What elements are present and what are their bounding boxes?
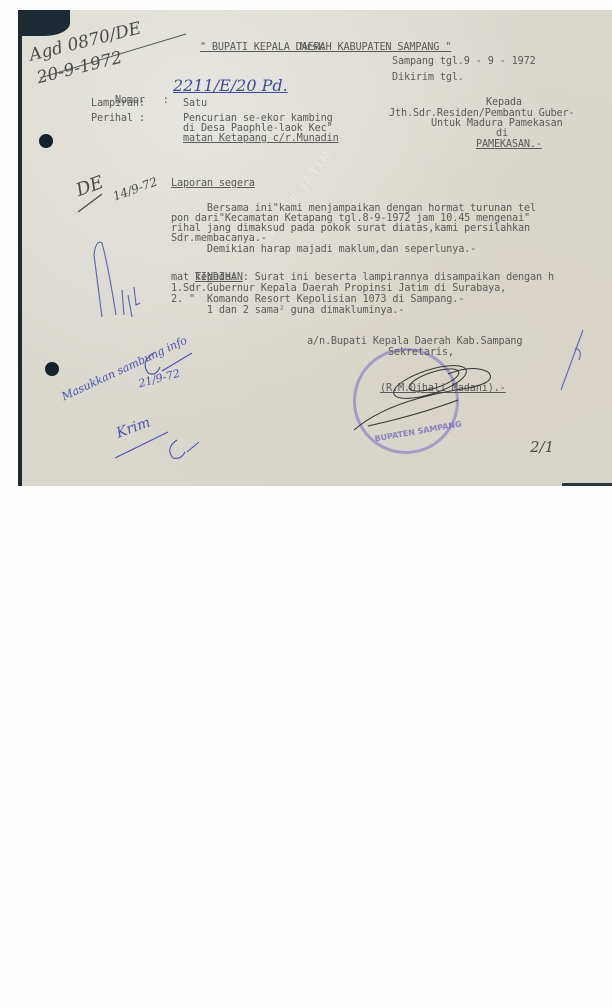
agenda-underline xyxy=(38,30,188,80)
punch-hole-top xyxy=(39,134,53,148)
recipient-kepada: Kepada xyxy=(486,97,522,108)
lampiran-value: Satu xyxy=(183,98,207,109)
body-line-4: Sdr.membacanya.- xyxy=(171,233,267,244)
tembusan-line-5: 1 dan 2 sama² guna dimakluminya.- xyxy=(171,305,404,316)
margin-blue-scribble xyxy=(88,235,148,320)
signature-on-behalf: a/n.Bupati Kepala Daerah Kab.Sampang xyxy=(307,336,522,347)
perihal-line-3: matan Ketapang c/r.Munadin xyxy=(183,133,339,144)
page-number: 2/1 xyxy=(530,438,554,456)
scanned-letter: ARSIP JATIM Agd 0870/DE 20-9-1972 " BUPA… xyxy=(18,10,612,486)
place-date: Sampang tgl.9 - 9 - 1972 xyxy=(392,56,536,67)
tembusan-line-4: 2. " Komando Resort Kepolisian 1073 di S… xyxy=(171,294,464,305)
margin-note-2-paraf xyxy=(113,418,203,463)
margin-note-1-paraf xyxy=(138,345,198,380)
punch-hole-bottom xyxy=(45,362,59,376)
nomor-value: 2211/E/20 Pd. xyxy=(173,76,288,95)
signature-scribble xyxy=(348,360,528,440)
letter-header-subtitle: Mrsk xyxy=(300,42,324,53)
tembusan-line-2: mat kepada: xyxy=(171,272,237,283)
sent-date-label: Dikirim tgl. xyxy=(392,72,464,83)
recipient-line-4: PAMEKASAN.- xyxy=(476,139,542,150)
signature-position: Sekretaris, xyxy=(388,347,454,358)
body-subject: Laporan segera xyxy=(171,178,255,189)
lampiran-label: Lampiran: xyxy=(91,98,145,109)
scan-border-right xyxy=(562,483,612,486)
initials-stroke xyxy=(76,190,106,215)
scan-border-left xyxy=(18,10,22,486)
body-closing: Demikian harap majadi maklum,dan seperlu… xyxy=(171,244,476,255)
tembusan-line-3: 1.Sdr.Gubernur Kepala Daerah Propinsi Ja… xyxy=(171,283,506,294)
recipient-line-3: di xyxy=(496,128,508,139)
perihal-label: Perihal : xyxy=(91,113,145,124)
margin-date-note: 14/9-72 xyxy=(111,175,159,204)
right-margin-paraf xyxy=(553,328,593,393)
